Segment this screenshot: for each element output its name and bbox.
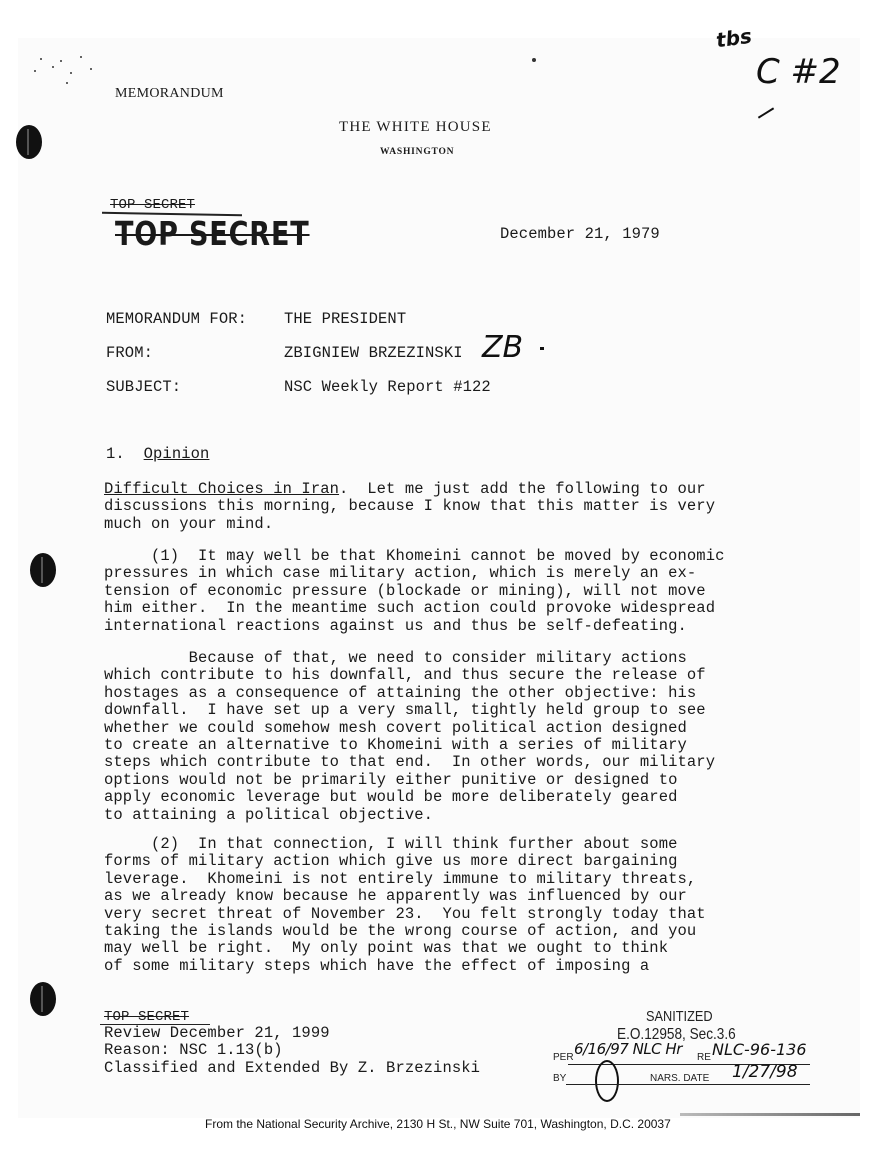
lead-paragraph: Difficult Choices in Iran. Let me just a… <box>104 481 715 533</box>
body-line: Because of that, we need to consider mil… <box>104 650 715 667</box>
body-line: (2) In that connection, I will think fur… <box>104 836 706 853</box>
section-title: Opinion <box>144 445 210 463</box>
body-line: much on your mind. <box>104 516 715 533</box>
punch-hole <box>30 553 56 587</box>
org-name: THE WHITE HOUSE <box>339 119 492 136</box>
routing-value-to: THE PRESIDENT <box>284 311 406 328</box>
initials-dot <box>540 347 544 350</box>
body-line: him either. In the meantime such action … <box>104 600 725 617</box>
sanitized-stamp-title: SANITIZED <box>646 1008 713 1025</box>
body-line: whether we could somehow mesh covert pol… <box>104 720 715 737</box>
archive-footer: From the National Security Archive, 2130… <box>205 1117 671 1131</box>
scan-speck <box>90 68 92 70</box>
section-number: 1. <box>106 445 125 463</box>
scan-edge-bar <box>680 1113 860 1116</box>
body-line: leverage. Khomeini is not entirely immun… <box>104 871 706 888</box>
routing-label-subject: SUBJECT: <box>106 379 181 396</box>
stamp-nars-date: 1/27/98 <box>732 1062 798 1082</box>
memorandum-label: MEMORANDUM <box>115 86 224 102</box>
stamp-per-value: 6/16/97 NLC Hr <box>574 1040 682 1058</box>
body-line: forms of military action which give us m… <box>104 853 706 870</box>
stamp-by-line <box>566 1084 810 1085</box>
classification-stamp: TOP SECRET <box>115 214 310 253</box>
body-line: apply economic leverage but would be mor… <box>104 789 715 806</box>
body-line: pressures in which case military action,… <box>104 565 725 582</box>
stamp-nars-label: NARS. DATE <box>650 1073 709 1084</box>
routing-value-subject: NSC Weekly Report #122 <box>284 379 491 396</box>
body-line: taking the islands would be the wrong co… <box>104 923 706 940</box>
stamp-by-label: BY <box>553 1073 566 1084</box>
body-line: discussions this morning, because I know… <box>104 498 715 515</box>
scan-speck <box>532 58 536 62</box>
body-line: tension of economic pressure (blockade o… <box>104 583 725 600</box>
body-line: may well be right. My only point was tha… <box>104 940 706 957</box>
handwritten-code: C #2 <box>756 52 841 92</box>
stamp-re-value: NLC-96-136 <box>712 1040 807 1059</box>
lead-title: Difficult Choices in Iran <box>104 480 339 498</box>
footer-declass-block: Review December 21, 1999 Reason: NSC 1.1… <box>104 1025 480 1077</box>
scan-speck <box>66 82 68 84</box>
body-line: to create an alternative to Khomeini wit… <box>104 737 715 754</box>
body-line: which contribute to his downfall, and th… <box>104 667 715 684</box>
body-line: international reactions against us and t… <box>104 618 725 635</box>
routing-value-from: ZBIGNIEW BRZEZINSKI <box>284 345 463 362</box>
scan-speck <box>52 66 54 68</box>
section-heading: 1. Opinion <box>106 446 209 463</box>
paragraph-3: (2) In that connection, I will think fur… <box>104 836 706 975</box>
scan-speck <box>34 70 36 72</box>
review-line: Review December 21, 1999 <box>104 1025 480 1042</box>
paragraph-2: Because of that, we need to consider mil… <box>104 650 715 824</box>
body-line: steps which contribute to that end. In o… <box>104 754 715 771</box>
paragraph-1: (1) It may well be that Khomeini cannot … <box>104 548 725 635</box>
body-line: options would not be primarily either pu… <box>104 772 715 789</box>
classified-by-line: Classified and Extended By Z. Brzezinski <box>104 1060 480 1077</box>
body-line: (1) It may well be that Khomeini cannot … <box>104 548 725 565</box>
body-line: as we already know because he apparently… <box>104 888 706 905</box>
memo-date: December 21, 1979 <box>500 226 660 243</box>
scan-speck <box>70 72 72 74</box>
body-line: of some military steps which have the ef… <box>104 958 706 975</box>
punch-hole <box>16 125 42 159</box>
stamp-per-label: PER <box>553 1052 574 1063</box>
body-line: very secret threat of November 23. You f… <box>104 906 706 923</box>
scan-speck <box>80 56 82 58</box>
stamp-by-signature <box>595 1060 619 1102</box>
handwritten-initials: ZB <box>482 330 523 365</box>
routing-label-to: MEMORANDUM FOR: <box>106 311 247 328</box>
city-name: WASHINGTON <box>380 147 454 157</box>
routing-label-from: FROM: <box>106 345 153 362</box>
scan-speck <box>60 60 62 62</box>
body-line: to attaining a political objective. <box>104 807 715 824</box>
body-line: . Let me just add the following to our <box>339 480 706 498</box>
punch-hole <box>30 982 56 1016</box>
reason-line: Reason: NSC 1.13(b) <box>104 1042 480 1059</box>
stamp-re-label: RE <box>697 1052 711 1063</box>
scan-speck <box>40 58 42 60</box>
body-line: downfall. I have set up a very small, ti… <box>104 702 715 719</box>
handwritten-note: tbs <box>715 24 754 53</box>
body-line: hostages as a consequence of attaining t… <box>104 685 715 702</box>
